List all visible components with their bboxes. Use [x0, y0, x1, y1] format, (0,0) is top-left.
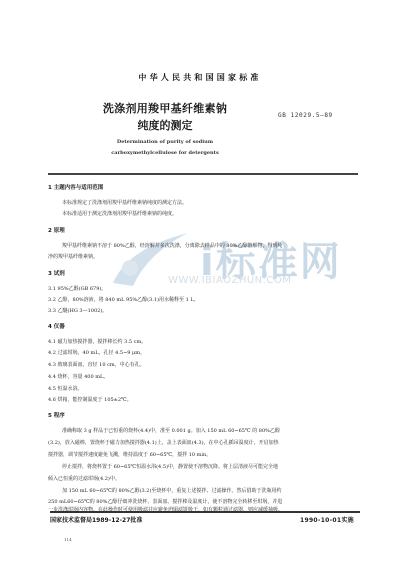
section-heading-2: 2 原理 [48, 226, 65, 234]
procedure-paragraph: 250 mL60~65℃的 80%乙醇仔细冲洗烧杯、表面皿、搅拌棒及温度计，使不… [48, 498, 282, 505]
procedure-paragraph: 搅拌器，调节搅拌速度避免飞溅，维持温度于 60~65℃，搅拌 10 min。 [48, 451, 211, 458]
national-standard-label: 中华人民共和国国家标准 [0, 72, 400, 83]
procedure-paragraph: 倾入已恒重的过滤坩埚(4.2)中。 [48, 475, 120, 482]
procedure-paragraph: 停止搅拌，将烧杯置于 60~65℃恒温水浴(4.5)中，静置使不溶物沉降。将上层… [62, 463, 278, 470]
header-divider [48, 173, 358, 175]
document-title-line2: 纯度的测定 [0, 117, 330, 133]
standard-code: GB 12029.5—89 [278, 112, 333, 119]
procedure-paragraph: 一步洗涤坩埚内容物，在此操作时可使用吸滤并应避免坍塌滤饼吸干，如有颗粒通过滤器，… [48, 506, 283, 513]
reagent-item: 3.2 乙醇，80%溶液，将 840 mL 95%乙醇(3.1)用水稀释至 1 … [48, 296, 199, 303]
english-title-line1: Determination of purity of sodium [0, 139, 330, 145]
section-heading-5: 5 程序 [48, 411, 65, 419]
english-title-line2: carboxymethylcellulose for detergents [0, 150, 330, 156]
procedure-paragraph: 加 150 mL 60~65℃的 80%乙醇(3.2)至烧杯中，重复上述搅拌、过… [62, 487, 281, 494]
section-1-paragraph: 本标准规定了洗涤剂用羧甲基纤维素钠纯度的测定方法。 [62, 199, 187, 206]
approval-date: 国家技术监督局1989-12-27批准 [50, 515, 142, 524]
apparatus-item: 4.2 过滤坩埚，40 mL，孔径 4.5~9 μm。 [48, 349, 145, 356]
implementation-date: 1990-10-01实施 [300, 515, 354, 524]
apparatus-item: 4.1 磁力加热搅拌器，搅拌棒长约 3.5 cm。 [48, 338, 146, 345]
reagent-item: 3.3 乙醚(HG 3—1002)。 [48, 307, 107, 314]
section-1-paragraph: 本标准适用于测定洗涤剂用羧甲基纤维素钠的纯度。 [62, 210, 177, 217]
apparatus-item: 4.6 烘箱，能控制温度于 105±2℃。 [48, 396, 132, 403]
procedure-paragraph: 准确称取 3 g 样品于已恒重的烧杯(4.4)中，准至 0.001 g。加入 1… [62, 427, 280, 434]
page-number: 114 [64, 537, 72, 542]
apparatus-item: 4.4 烧杯，容量 400 mL。 [48, 373, 108, 380]
watermark-url: WWW.IBIAOZHUN.COM [168, 275, 291, 286]
section-heading-3: 3 试剂 [48, 269, 65, 277]
procedure-paragraph: (3.2)，放入磁棒，置烧杯于磁力加热搅拌器(4.1)上，盖上表面皿(4.3)，… [48, 439, 279, 446]
reagent-item: 3.1 95%乙醇(GB 679)。 [48, 285, 106, 292]
section-heading-4: 4 仪器 [48, 322, 65, 330]
section-heading-1: 1 主题内容与适用范围 [48, 183, 103, 191]
section-2-paragraph: 羧甲基纤维素钠不溶于 80%乙醇，经溶解并多次洗涤，分离除去样品中的 80%乙醇… [62, 242, 282, 249]
apparatus-item: 4.3 玻璃表面皿，直径 10 cm，中心有孔。 [48, 361, 145, 368]
apparatus-item: 4.5 恒温水浴。 [48, 385, 83, 392]
section-2-paragraph: 净的羧甲基纤维素钠。 [48, 253, 98, 260]
